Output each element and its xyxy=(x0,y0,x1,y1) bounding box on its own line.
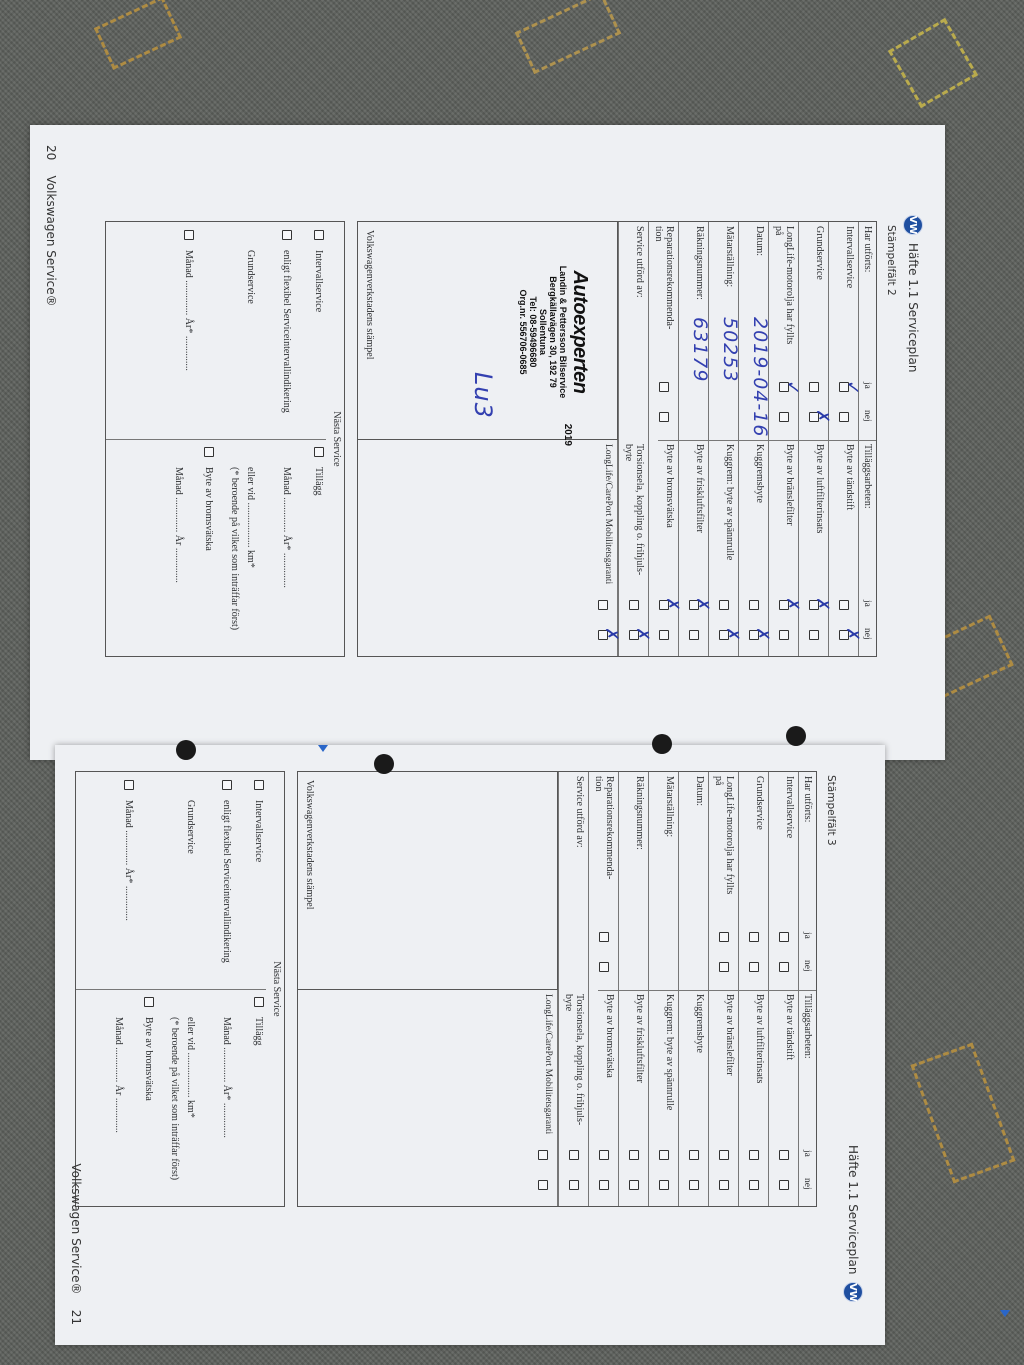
table-row: Datum: xyxy=(678,772,708,990)
checkbox[interactable] xyxy=(749,1150,759,1160)
checkbox[interactable] xyxy=(599,962,609,972)
stamp-line: Bergkällavägen 30, 192 79 Sollentuna xyxy=(538,252,558,412)
table-header-right: Tilläggsarbeten: xyxy=(798,990,816,1206)
next-service-extra: Tillägg xyxy=(253,997,264,1198)
next-service-label: eller vid .................. km* xyxy=(185,1017,196,1118)
checkbox[interactable] xyxy=(809,412,819,422)
next-service-label: Tillägg xyxy=(313,467,324,496)
checkbox[interactable] xyxy=(222,780,232,790)
checkbox[interactable] xyxy=(144,997,154,1007)
next-service-basic: Grundservice xyxy=(185,780,196,981)
next-service-divider xyxy=(106,439,326,440)
row-label: Intervallservice xyxy=(844,226,855,346)
workshop-stamp-box: Volkswagenverkstadens stämpel xyxy=(297,771,558,990)
next-service-title: Nästa Service xyxy=(331,222,342,656)
page-header-title: Häfte 1.1 Serviceplan xyxy=(846,1145,860,1274)
fabric-stitch xyxy=(910,1043,1015,1184)
next-service-month-year: Månad .............. År* .............. xyxy=(183,230,194,431)
checkbox[interactable] xyxy=(659,600,669,610)
checkbox[interactable] xyxy=(779,412,789,422)
table-row: Torsionsela, koppling o. frihjuls- byte xyxy=(618,440,648,656)
table-row: Byte av tändstift xyxy=(828,440,858,656)
next-service-interval: Intervallservice xyxy=(253,780,264,981)
table-row: Byte av friskluftsfilter xyxy=(678,440,708,656)
handwritten-value: 50253 xyxy=(724,317,735,382)
page-footer: Volkswagen Service® 21 xyxy=(69,1163,83,1325)
handwritten-value: 2019-04-16 xyxy=(754,317,765,437)
col-nej-label: nej xyxy=(862,410,872,422)
table-row: Datum:2019-04-16 xyxy=(738,222,768,440)
table-header-left: Har utförts: xyxy=(798,772,816,990)
table-row: Grundservice xyxy=(738,772,768,990)
longlife-guarantee-row: LongLife/CarePort Mobilitetsgaranti xyxy=(530,990,558,1206)
checkbox[interactable] xyxy=(719,1180,729,1190)
service-record-table: Har utförts:janejTilläggsarbeten:janejIn… xyxy=(357,221,877,657)
binding-hole xyxy=(374,754,394,774)
row-label: Kuggremsbyte xyxy=(694,994,705,1134)
row-label: Service utförd av: xyxy=(574,776,585,896)
checkbox[interactable] xyxy=(629,630,639,640)
checkbox[interactable] xyxy=(599,1180,609,1190)
next-service-extra: Tillägg xyxy=(313,447,324,648)
table-header-left: Har utförts: xyxy=(858,222,876,440)
checkbox[interactable] xyxy=(659,630,669,640)
checkbox[interactable] xyxy=(659,1150,669,1160)
row-label: Byte av tändstift xyxy=(784,994,795,1134)
checkbox[interactable] xyxy=(629,1180,639,1190)
next-service-flexible: enligt flexibel Serviceintervallindikeri… xyxy=(281,230,292,431)
next-service-label: enligt flexibel Serviceintervallindikeri… xyxy=(281,250,292,413)
next-service-label: Månad .............. År* .............. xyxy=(221,1017,232,1138)
footer-title: Volkswagen Service® xyxy=(44,175,58,306)
checkbox[interactable] xyxy=(538,1150,548,1160)
table-row: Kuggremsbyte xyxy=(738,440,768,656)
next-service-brake-month-year: Månad .............. År .............. xyxy=(113,997,124,1198)
checkbox[interactable] xyxy=(629,600,639,610)
stamp-line: Tel: 08-59496680 xyxy=(528,252,538,412)
row-label: Torsionsela, koppling o. frihjuls- byte xyxy=(563,994,585,1134)
stamp-year: 2019 xyxy=(562,423,573,445)
table-row: LongLife-motorolja har fyllts på xyxy=(708,772,738,990)
page-number: 20 xyxy=(44,145,58,160)
checkbox[interactable] xyxy=(839,630,849,640)
stamp-line: Org.nr. 556706-0685 xyxy=(518,252,528,412)
checkbox[interactable] xyxy=(569,1180,579,1190)
next-service-flexible: enligt flexibel Serviceintervallindikeri… xyxy=(221,780,232,981)
next-service-divider xyxy=(76,989,266,990)
page-header: Häfte 1.1 Serviceplan VW xyxy=(843,1145,863,1302)
row-label: Torsionsela, koppling o. frihjuls- byte xyxy=(623,444,645,584)
workshop-stamp-box: Volkswagenverkstadens stämpelAutoexperte… xyxy=(357,221,618,440)
table-row: Intervallservice xyxy=(828,222,858,440)
row-label: LongLife/CarePort Mobilitetsgaranti xyxy=(542,994,553,1144)
vw-logo-icon: VW xyxy=(903,215,923,235)
row-label: Kuggrem: byte av spännrulle xyxy=(724,444,735,584)
checkbox[interactable] xyxy=(599,1150,609,1160)
row-label: Reparationsrekommenda- tion xyxy=(653,226,675,346)
col-nej-label: nej xyxy=(862,628,872,640)
binding-hole xyxy=(652,734,672,754)
checkbox[interactable] xyxy=(749,1180,759,1190)
next-service-note: (* beroende på vilket som inträffar förs… xyxy=(169,997,180,1198)
table-row: Kuggrem: byte av spännrulle xyxy=(708,440,738,656)
binding-hole xyxy=(786,726,806,746)
booklet-page-21: Häfte 1.1 Serviceplan VW Stämpelfält 3 H… xyxy=(55,745,885,1345)
checkbox[interactable] xyxy=(314,447,324,457)
row-label: Byte av tändstift xyxy=(844,444,855,584)
checkbox[interactable] xyxy=(779,630,789,640)
table-row: Räkningsnummer:63179 xyxy=(678,222,708,440)
page-header: VW Häfte 1.1 Serviceplan xyxy=(903,215,923,372)
next-service-or-km: eller vid .................. km* xyxy=(185,997,196,1198)
row-label: Byte av friskluftsfilter xyxy=(694,444,705,584)
row-label: LongLife-motorolja har fyllts på xyxy=(713,776,735,896)
row-label: Byte av friskluftsfilter xyxy=(634,994,645,1134)
dealer-stamp: Autoexperten2019Landin & Pettersson Bils… xyxy=(518,252,591,412)
next-service-label: Byte av bromsvätska xyxy=(143,1017,154,1101)
table-row: Reparationsrekommenda- tion xyxy=(648,222,678,440)
table-row: Kuggrem: byte av spännrulle xyxy=(648,990,678,1206)
next-service-basic: Grundservice xyxy=(245,230,256,431)
next-service-label: enligt flexibel Serviceintervallindikeri… xyxy=(221,800,232,963)
checkbox[interactable] xyxy=(569,1150,579,1160)
row-label: Byte av bromsvätska xyxy=(604,994,615,1134)
next-service-month-year: Månad .............. År* .............. xyxy=(123,780,134,981)
row-label: LongLife/CarePort Mobilitetsgaranti xyxy=(602,444,613,594)
checkbox[interactable] xyxy=(598,600,608,610)
table-row: Byte av luftfilterinsats xyxy=(798,440,828,656)
next-service-label: Månad .............. År .............. xyxy=(173,467,184,583)
col-nej-label: nej xyxy=(802,1178,812,1190)
vw-logo-icon: VW xyxy=(843,1282,863,1302)
checkbox[interactable] xyxy=(254,997,264,1007)
signature: Lu3 xyxy=(469,372,497,419)
next-service-extra-month-year: Månad .............. År* .............. xyxy=(221,997,232,1198)
next-service-label: Intervallservice xyxy=(253,800,264,862)
checkbox[interactable] xyxy=(689,630,699,640)
row-label: Grundservice xyxy=(754,776,765,896)
page-arrow-icon xyxy=(318,745,328,752)
table-row: Service utförd av: xyxy=(618,222,648,440)
checkbox[interactable] xyxy=(689,600,699,610)
checkbox[interactable] xyxy=(749,630,759,640)
checkbox[interactable] xyxy=(254,780,264,790)
row-label: Byte av luftfilterinsats xyxy=(814,444,825,584)
col-ja-label: ja xyxy=(802,932,812,939)
row-label: Byte av luftfilterinsats xyxy=(754,994,765,1134)
table-row: LongLife-motorolja har fyllts på xyxy=(768,222,798,440)
checkbox[interactable] xyxy=(749,600,759,610)
row-label: Räkningsnummer: xyxy=(634,776,645,896)
col-nej-label: nej xyxy=(802,960,812,972)
workshop-stamp-label: Volkswagenverkstadens stämpel xyxy=(364,230,375,360)
row-label: Reparationsrekommenda- tion xyxy=(593,776,615,896)
service-record-table: Har utförts:janejTilläggsarbeten:janejIn… xyxy=(297,771,817,1207)
fabric-stitch xyxy=(515,0,621,74)
next-service-label: Intervallservice xyxy=(313,250,324,312)
table-header-right: Tilläggsarbeten: xyxy=(858,440,876,656)
checkbox[interactable] xyxy=(719,962,729,972)
table-row: Mätarställning:50253 xyxy=(708,222,738,440)
next-service-brake: Byte av bromsvätska xyxy=(143,997,154,1198)
next-service-label: eller vid .................. km* xyxy=(245,467,256,568)
next-service-box: Nästa ServiceIntervallserviceenligt flex… xyxy=(105,221,345,657)
table-row: Byte av bromsvätska xyxy=(588,990,618,1206)
checkbox[interactable] xyxy=(719,932,729,942)
stamp-field-title: Stämpelfält 3 xyxy=(825,775,837,846)
checkbox[interactable] xyxy=(599,932,609,942)
next-service-label: (* beroende på vilket som inträffar förs… xyxy=(169,1017,180,1180)
table-row: Räkningsnummer: xyxy=(618,772,648,990)
table-row: Byte av bränslefilter xyxy=(708,990,738,1206)
longlife-guarantee-row: LongLife/CarePort Mobilitetsgaranti xyxy=(590,440,618,656)
stamp-line: Landin & Pettersson Bilservice xyxy=(558,252,568,412)
next-service-label: Grundservice xyxy=(185,800,196,854)
checkbox[interactable] xyxy=(809,630,819,640)
next-service-title: Nästa Service xyxy=(271,772,282,1206)
binding-hole xyxy=(176,740,196,760)
checkbox[interactable] xyxy=(779,600,789,610)
table-row: Reparationsrekommenda- tion xyxy=(588,772,618,990)
checkbox[interactable] xyxy=(659,382,669,392)
checkbox[interactable] xyxy=(839,382,849,392)
checkbox[interactable] xyxy=(779,382,789,392)
table-row: Byte av friskluftsfilter xyxy=(618,990,648,1206)
table-row: Mätarställning: xyxy=(648,772,678,990)
checkbox[interactable] xyxy=(659,412,669,422)
next-service-label: (* beroende på vilket som inträffar förs… xyxy=(229,467,240,630)
row-label: Byte av bränslefilter xyxy=(784,444,795,584)
checkbox[interactable] xyxy=(689,1180,699,1190)
stamp-brand: Autoexperten xyxy=(568,252,591,412)
table-row: Grundservice xyxy=(798,222,828,440)
row-label: Byte av bromsvätska xyxy=(664,444,675,584)
row-label: LongLife-motorolja har fyllts på xyxy=(773,226,795,346)
next-service-label: Tillägg xyxy=(253,1017,264,1046)
checkbox[interactable] xyxy=(124,780,134,790)
checkbox[interactable] xyxy=(809,382,819,392)
next-service-label: Byte av bromsvätska xyxy=(203,467,214,551)
checkbox[interactable] xyxy=(184,230,194,240)
row-label: Kuggremsbyte xyxy=(754,444,765,584)
row-label: Intervallservice xyxy=(784,776,795,896)
next-service-label: Månad .............. År .............. xyxy=(113,1017,124,1133)
checkbox[interactable] xyxy=(779,962,789,972)
table-row: Byte av tändstift xyxy=(768,990,798,1206)
table-row: Torsionsela, koppling o. frihjuls- byte xyxy=(558,990,588,1206)
table-row: Service utförd av: xyxy=(558,772,588,990)
checkbox[interactable] xyxy=(749,962,759,972)
booklet-page-20: VW Häfte 1.1 Serviceplan Stämpelfält 2 H… xyxy=(30,125,945,760)
checkbox[interactable] xyxy=(314,230,324,240)
handwritten-value: 63179 xyxy=(694,317,705,382)
checkbox[interactable] xyxy=(719,1150,729,1160)
next-service-extra-month-year: Månad .............. År* .............. xyxy=(281,447,292,648)
checkbox[interactable] xyxy=(204,447,214,457)
checkbox[interactable] xyxy=(749,932,759,942)
table-row: Byte av bränslefilter xyxy=(768,440,798,656)
next-service-note: (* beroende på vilket som inträffar förs… xyxy=(229,447,240,648)
table-row: Intervallservice xyxy=(768,772,798,990)
next-service-label: Grundservice xyxy=(245,250,256,304)
fabric-stitch xyxy=(888,18,978,108)
checkbox[interactable] xyxy=(282,230,292,240)
next-service-or-km: eller vid .................. km* xyxy=(245,447,256,648)
next-service-label: Månad .............. År* .............. xyxy=(281,467,292,588)
checkbox[interactable] xyxy=(809,600,819,610)
col-ja-label: ja xyxy=(802,1150,812,1157)
table-row: Byte av bromsvätska xyxy=(648,440,678,656)
col-ja-label: ja xyxy=(862,600,872,607)
checkbox[interactable] xyxy=(839,412,849,422)
checkbox[interactable] xyxy=(779,932,789,942)
fabric-stitch xyxy=(94,0,182,70)
workshop-stamp-label: Volkswagenverkstadens stämpel xyxy=(304,780,315,910)
checkbox[interactable] xyxy=(779,1180,789,1190)
checkbox[interactable] xyxy=(629,1150,639,1160)
checkbox[interactable] xyxy=(839,600,849,610)
checkbox[interactable] xyxy=(719,600,729,610)
checkbox[interactable] xyxy=(689,1150,699,1160)
next-service-box: Nästa ServiceIntervallserviceenligt flex… xyxy=(75,771,285,1207)
footer-title: Volkswagen Service® xyxy=(69,1163,83,1294)
row-label: Grundservice xyxy=(814,226,825,346)
page-number: 21 xyxy=(69,1310,83,1325)
next-service-brake: Byte av bromsvätska xyxy=(203,447,214,648)
checkbox[interactable] xyxy=(719,630,729,640)
page-footer: 20 Volkswagen Service® xyxy=(44,145,58,307)
next-service-brake-month-year: Månad .............. År .............. xyxy=(173,447,184,648)
checkbox[interactable] xyxy=(538,1180,548,1190)
page-arrow-icon xyxy=(1000,1310,1010,1317)
checkbox[interactable] xyxy=(659,1180,669,1190)
row-label: Service utförd av: xyxy=(634,226,645,346)
row-label: Datum: xyxy=(694,776,705,896)
page-header-title: Häfte 1.1 Serviceplan xyxy=(906,243,920,372)
table-row: Kuggremsbyte xyxy=(678,990,708,1206)
table-row: Byte av luftfilterinsats xyxy=(738,990,768,1206)
checkbox[interactable] xyxy=(779,1150,789,1160)
next-service-interval: Intervallservice xyxy=(313,230,324,431)
stamp-field-title: Stämpelfält 2 xyxy=(885,225,897,296)
row-label: Byte av bränslefilter xyxy=(724,994,735,1134)
next-service-label: Månad .............. År* .............. xyxy=(123,800,134,921)
next-service-label: Månad .............. År* .............. xyxy=(183,250,194,371)
col-ja-label: ja xyxy=(862,382,872,389)
checkbox[interactable] xyxy=(598,630,608,640)
row-label: Mätarställning: xyxy=(664,776,675,896)
row-label: Kuggrem: byte av spännrulle xyxy=(664,994,675,1134)
